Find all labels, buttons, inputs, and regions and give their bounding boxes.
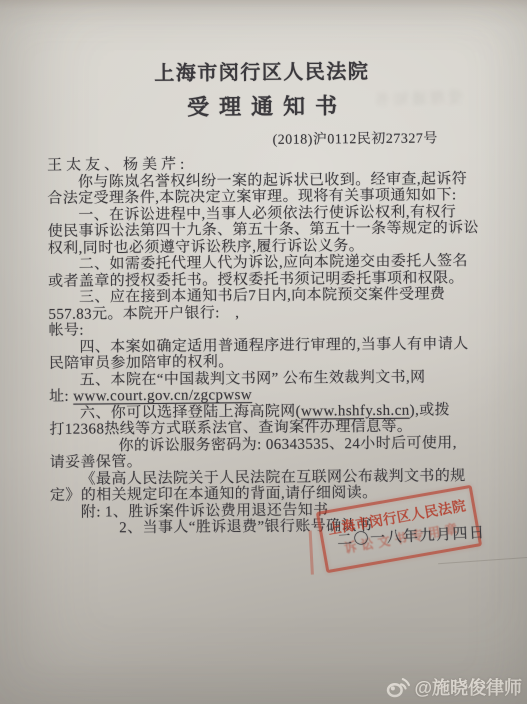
- url-line-suffix: ),或拨: [410, 402, 450, 418]
- url-line-prefix: 址:: [49, 389, 73, 405]
- notice-document: 上海市闵行区人民法院 受理通知书 (2018)沪0112民初27327号 王太友…: [0, 0, 527, 538]
- paper-crease: [438, 557, 527, 564]
- court-name: 上海市闵行区人民法院: [0, 54, 525, 88]
- document-body: 王太友、杨美芹: 你与陈岚名誉权纠纷一案的起诉状已收到。经审查,起诉符 合法定受…: [47, 154, 489, 537]
- judgments-website-url: www.court.gov.cn/zgcpwsw: [73, 387, 252, 405]
- high-court-website-url: www.hshfy.sh.cn: [301, 402, 410, 419]
- watermark-handle: @施晓俊律师: [414, 674, 522, 700]
- document-title: 受理通知书: [0, 88, 526, 124]
- case-number: (2018)沪0112民初27327号: [0, 127, 526, 152]
- weibo-watermark: @施晓俊律师: [385, 674, 522, 700]
- weibo-logo-icon: [385, 676, 410, 698]
- document-photo: 受理通知书 上海市闵行区人民法院 受理通知书 (2018)沪0112民初2732…: [0, 0, 527, 704]
- url-line-prefix: 六、你可以选择登陆上海高院网(: [80, 403, 301, 421]
